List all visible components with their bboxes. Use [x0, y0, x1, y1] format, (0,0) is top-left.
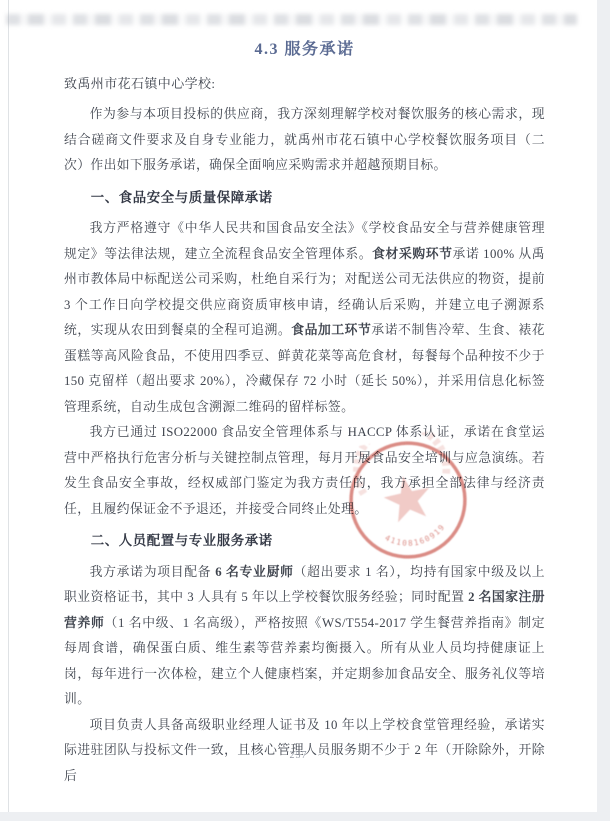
paragraph-intro: 作为参与本项目投标的供应商，我方深刻理解学校对餐饮服务的核心需求，现结合磋商文件… [64, 102, 545, 179]
text-run: 6 名专业厨师 [215, 565, 293, 579]
salutation: 致禹州市花石镇中心学校: [64, 71, 545, 96]
paragraph-staffing: 我方承诺为项目配备 6 名专业厨师（超出要求 1 名），均持有国家中级及以上职业… [64, 560, 545, 713]
right-gutter [597, 0, 610, 821]
bottom-gutter [0, 812, 610, 821]
document-page: 4.3 服务承诺 致禹州市花石镇中心学校: 作为参与本项目投标的供应商，我方深刻… [0, 0, 597, 812]
paragraph-food-safety: 我方严格遵守《中华人民共和国食品安全法》《学校食品安全与营养健康管理规定》等法律… [64, 216, 545, 420]
document-content: 4.3 服务承诺 致禹州市花石镇中心学校: 作为参与本项目投标的供应商，我方深刻… [0, 0, 597, 789]
section-heading-1: 一、食品安全与质量保障承诺 [64, 185, 545, 211]
text-run: （1 名中级、1 名高级），严格按照《WS/T554-2017 学生餐营养指南》… [64, 616, 545, 707]
page-number: 257 [0, 750, 597, 761]
text-run: 我方承诺为项目配备 [90, 565, 216, 579]
text-run: 食品加工环节 [291, 323, 371, 337]
paragraph-certification: 我方已通过 ISO22000 食品安全管理体系与 HACCP 体系认证，承诺在食… [64, 420, 545, 522]
pdf-viewport: 4.3 服务承诺 致禹州市花石镇中心学校: 作为参与本项目投标的供应商，我方深刻… [0, 0, 610, 821]
section-title: 4.3 服务承诺 [64, 36, 545, 59]
text-run: 我方已通过 ISO22000 食品安全管理体系与 HACCP 体系认证，承诺在食… [64, 425, 545, 516]
text-run: 作为参与本项目投标的供应商，我方深刻理解学校对餐饮服务的核心需求，现结合磋商文件… [64, 107, 545, 172]
section-heading-2: 二、人员配置与专业服务承诺 [64, 528, 545, 554]
text-run: 食材采购环节 [372, 247, 452, 261]
